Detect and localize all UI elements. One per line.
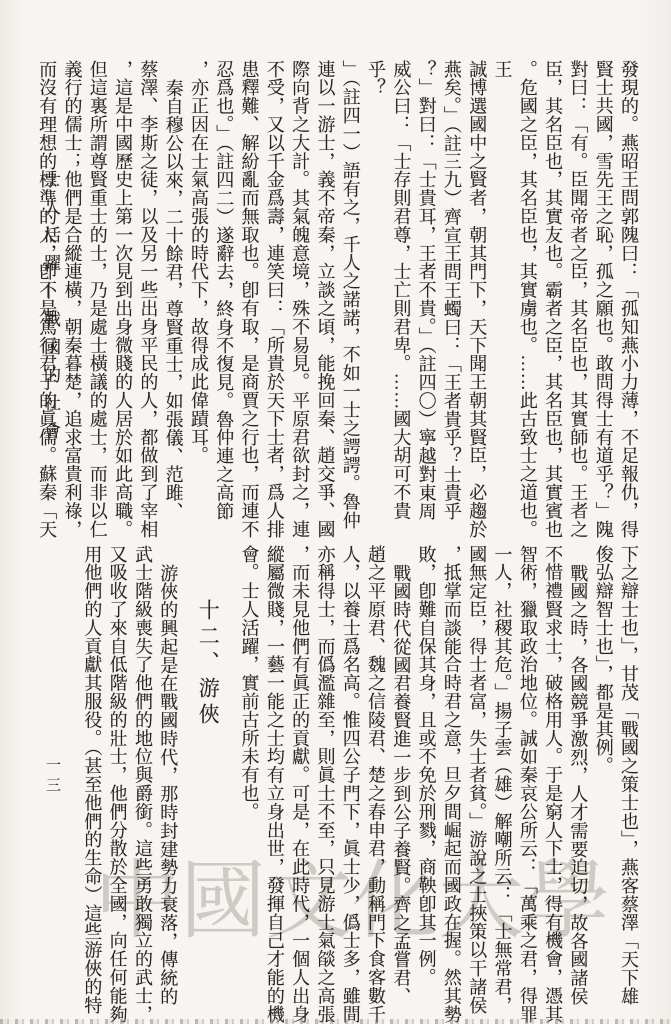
text-column: 秦自穆公以來，二十餘君，尊賢重士，如張儀、范雎、 (160, 60, 185, 544)
text-column: 用他們的人貢獻其服役。（甚至他們的生命）這些游俠的特 (79, 545, 104, 1024)
bottom-text-block: 下之辯士也」，甘茂「戰國之策士也」，燕客蔡澤「天下雄俊弘辯智士也」，都是其例。戰… (79, 545, 641, 1024)
text-column: 俊弘辯智士也」，都是其例。 (590, 545, 615, 1024)
text-column: ？」對曰：「士貴耳，王者不貴。」（註四〇）寧越對東周 (413, 60, 438, 544)
text-column: 敗，卽難自保其身，且或不免於刑戮，商鞅卽其一例。 (413, 545, 438, 1024)
running-title: 士人活躍—戰國的社會 (38, 170, 63, 450)
text-column: 臣，其名臣也，其實友也。霸者之臣，其名臣也，其實賓也 (540, 60, 565, 544)
text-column: 」（註四一）語有之，千人之諾諾，不如一士之諤諤。魯仲 (337, 60, 362, 544)
scan-edge-noise (0, 1019, 671, 1024)
text-column: ，抵掌而談能合時君之意，旦夕間崛起而國政在握。然其勢 (439, 545, 464, 1024)
text-column: 蔡澤、李斯之徒，以及另一些出身平民的人，都做到了宰相 (135, 60, 160, 544)
text-column: 人，以養士爲名高。惟四公子門下，眞士少，僞士多，雖間 (337, 545, 362, 1024)
text-column: 患釋難、解紛亂而無取也。卽有取，是商賈之行也，而連不 (236, 60, 261, 544)
text-column: 發現的。燕昭王問郭隗曰：「孤知燕小力薄，不足報仇，得 (616, 60, 641, 544)
text-column: 趙之平原君、魏之信陵君、楚之春申君，動稱門下食客數千 (363, 545, 388, 1024)
text-column: ，而未見他們有眞正的貢獻。可是，在此時代，一個人出身 (287, 545, 312, 1024)
text-column: 不受，又以千金爲壽，連笑曰：「所貴於天下士者，爲人排 (262, 60, 287, 544)
text-column: ，這是中國歷史上第一次見到出身微賤的人居於如此高職。 (110, 60, 135, 544)
text-column: ，亦正因在士氣高張的時代下，故得成此偉蹟耳。 (186, 60, 211, 544)
text-column: 燕矣。」（註三九）齊宣王問王蠋曰：「王者貴乎？士貴乎 (439, 60, 464, 544)
text-column: 忍爲也。」（註四二）遂辭去，終身不復見。魯仲連之高節 (211, 60, 236, 544)
text-column: 武士階級喪失了他們的地位與爵銜。這些勇敢獨立的武士， (130, 545, 155, 1024)
text-column: 際向背之大計。其氣魄意境，殊不易見。平原君欲封之，連 (287, 60, 312, 544)
text-column: 對曰：「有。臣聞帝者之臣，其名臣也，其實師也。王者之 (565, 60, 590, 544)
text-column: 又吸收了來自低階級的壯士，他們分散於全國，向任何能夠 (104, 545, 129, 1024)
text-column: 誠博選國中之賢者，朝其門下，天下聞王朝其賢臣，必趨於 (464, 60, 489, 544)
top-text-block: 發現的。燕昭王問郭隗曰：「孤知燕小力薄，不足報仇，得賢士共國，雪先王之恥，孤之願… (34, 60, 641, 544)
section-heading: 十二、游俠 (193, 545, 223, 1024)
text-column: 賢士共國，雪先王之恥，孤之願也。敢問得士有道乎？」隗 (590, 60, 615, 544)
text-column: 亦稱得士，而僞濫雜至，則眞士不至，只見游士氣燄之高張 (312, 545, 337, 1024)
text-column: 下之辯士也」，甘茂「戰國之策士也」，燕客蔡澤「天下雄 (616, 545, 641, 1024)
text-column: 一人，社稷其危。」揚子雲（雄）解嘲所云：「士無常君， (489, 545, 514, 1024)
text-column: 縱屬微賤，一藝一能之士均有立身出世，發揮自己才能的機 (262, 545, 287, 1024)
text-column: 國無定臣，得士者富，失士者貧。」游說之士挾策以干諸侯 (464, 545, 489, 1024)
text-column: 戰國之時，各國競爭激烈，人才需要迫切，故各國諸侯 (565, 545, 590, 1024)
text-column: 會。士人活躍，實前古所未有也。 (236, 545, 261, 1024)
text-column: 戰國時代從國君養賢進一步到公子養賢。齊之孟嘗君、 (388, 545, 413, 1024)
text-column: 不惜禮賢求士，破格用人。于是窮人下士，得有機會，憑其 (540, 545, 565, 1024)
scanned-book-page: 中國文化大學 發現的。燕昭王問郭隗曰：「孤知燕小力薄，不足報仇，得賢士共國，雪先… (0, 0, 671, 1024)
text-column: 。危國之臣，其名臣也，其實虜也。……此古致士之道也。王 (489, 60, 540, 544)
text-column: 連以一游士，義不帝秦，立談之頃，能挽回秦、趙交爭、國 (312, 60, 337, 544)
text-column: 游俠的興起是在戰國時代，那時封建勢力衰落，傳統的 (155, 545, 180, 1024)
page-number: 一三 (42, 757, 63, 797)
text-column: 智術，獵取政治地位。誠如秦哀公所云：「萬乘之君，得罪 (515, 545, 540, 1024)
text-column: 但這裏所謂尊賢重士的士，乃是處士橫議的處士，而非以仁 (84, 60, 109, 544)
text-column: 威公曰：「士存則君尊，士亡則君卑。……國大胡可不貴乎？ (363, 60, 414, 544)
